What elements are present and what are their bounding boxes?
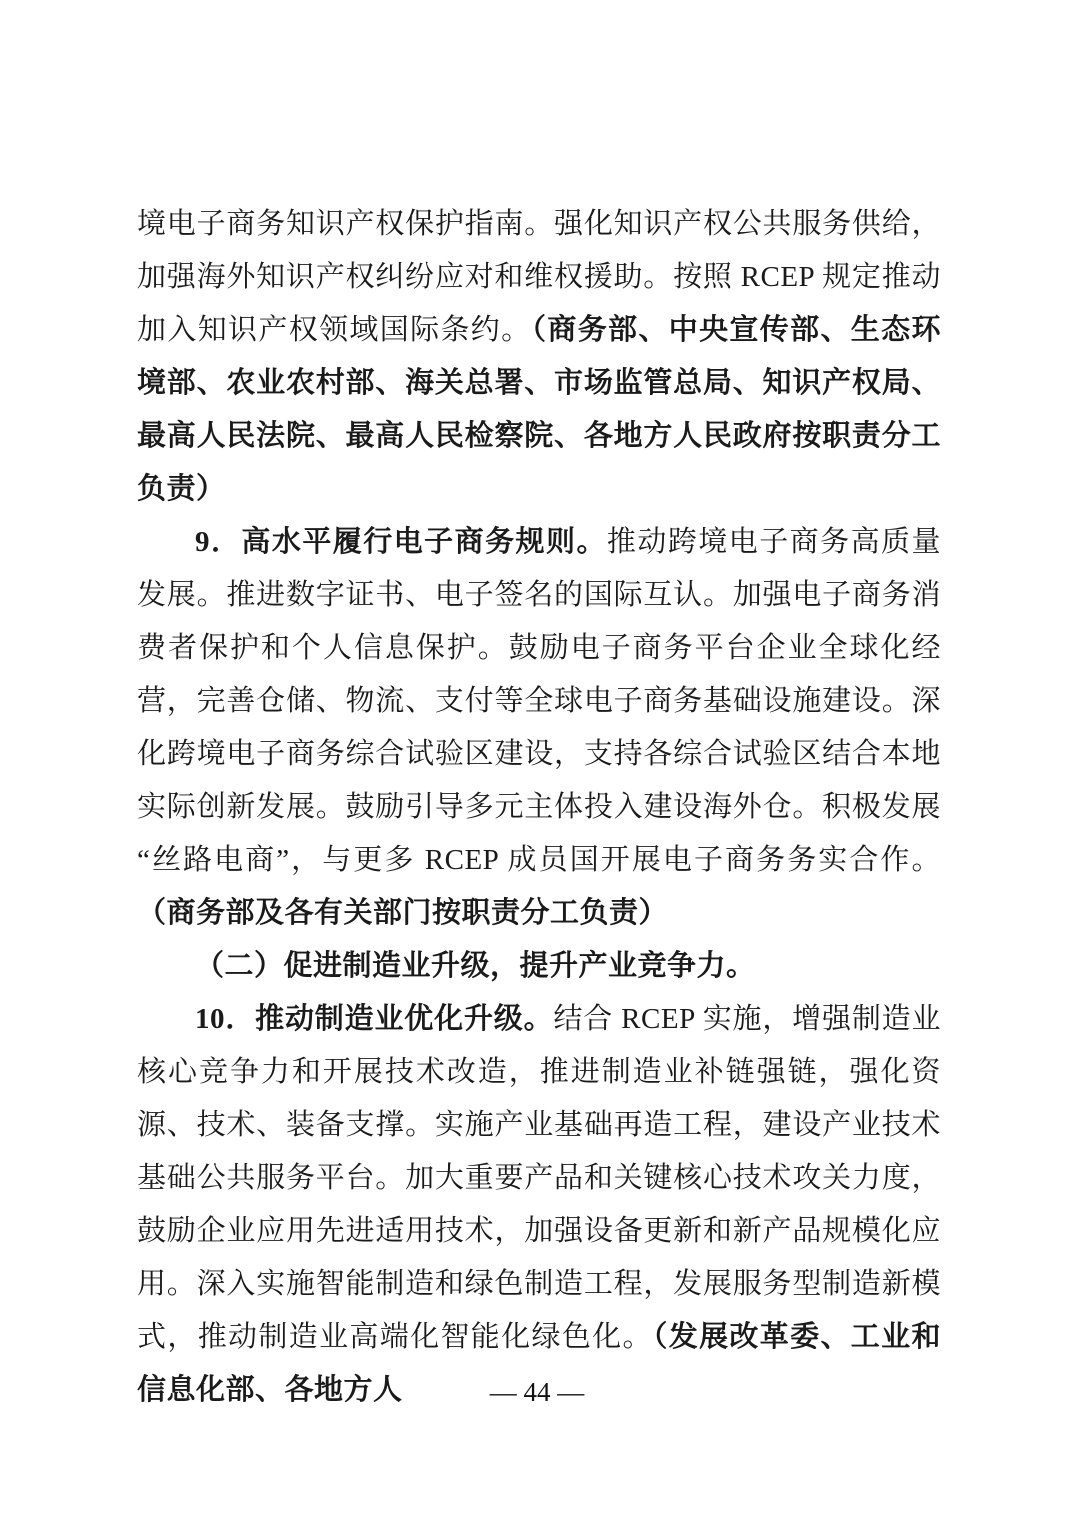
paragraph-text: 推动跨境电子商务高质量发展。推进数字证书、电子签名的国际互认。加强电子商务消费者… bbox=[137, 526, 941, 876]
agency-attribution: （商务部及各有关部门按职责分工负责） bbox=[137, 897, 668, 929]
page-footer: — 44 — bbox=[0, 1376, 1074, 1408]
item-10-title: 10．推动制造业优化升级。 bbox=[195, 1003, 553, 1035]
document-body: 境电子商务知识产权保护指南。强化知识产权公共服务供给，加强海外知识产权纠纷应对和… bbox=[137, 198, 941, 1417]
page-number: — 44 — bbox=[490, 1377, 585, 1407]
paragraph-item-10: 10．推动制造业优化升级。结合 RCEP 实施，增强制造业核心竞争力和开展技术改… bbox=[137, 993, 941, 1417]
item-9-title: 9．高水平履行电子商务规则。 bbox=[195, 526, 607, 558]
section-2-heading: （二）促进制造业升级，提升产业竞争力。 bbox=[137, 940, 941, 993]
paragraph-text: 结合 RCEP 实施，增强制造业核心竞争力和开展技术改造，推进制造业补链强链，强… bbox=[137, 1003, 941, 1353]
document-page: 境电子商务知识产权保护指南。强化知识产权公共服务供给，加强海外知识产权纠纷应对和… bbox=[0, 0, 1074, 1520]
paragraph-continuation: 境电子商务知识产权保护指南。强化知识产权公共服务供给，加强海外知识产权纠纷应对和… bbox=[137, 198, 941, 516]
paragraph-item-9: 9．高水平履行电子商务规则。推动跨境电子商务高质量发展。推进数字证书、电子签名的… bbox=[137, 516, 941, 940]
section-heading-text: （二）促进制造业升级，提升产业竞争力。 bbox=[195, 950, 756, 982]
